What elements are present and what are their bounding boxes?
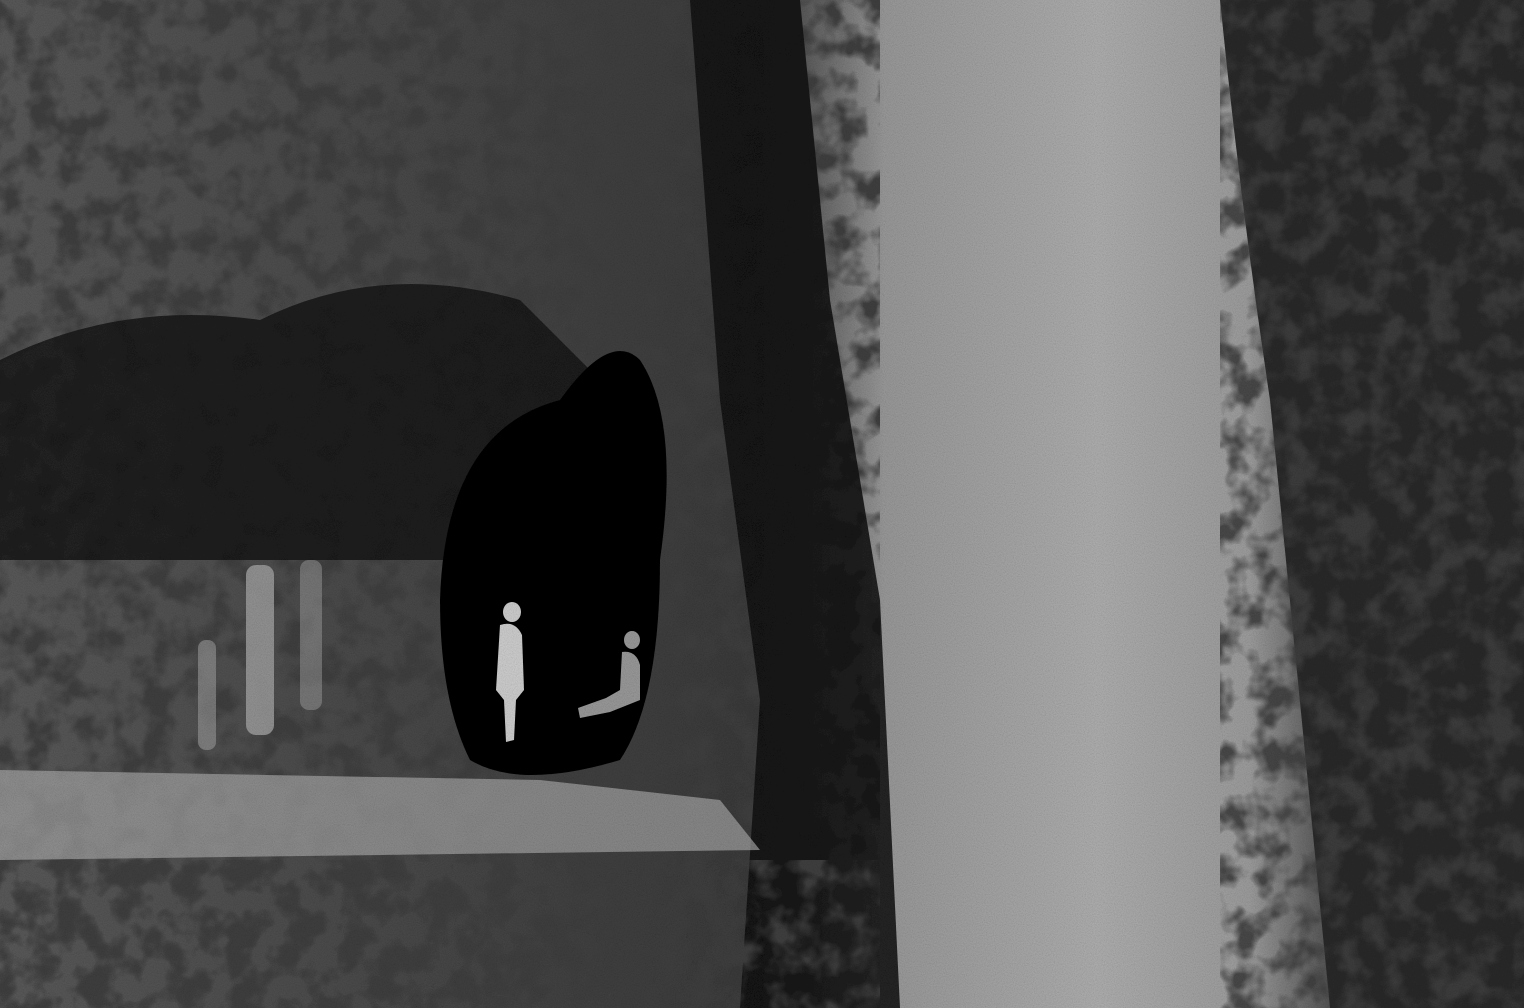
halftone-photograph — [0, 0, 1524, 1008]
lower-rubble — [0, 860, 880, 1008]
photo-canvas — [0, 0, 1524, 1008]
right-rock-texture — [1220, 0, 1524, 1008]
